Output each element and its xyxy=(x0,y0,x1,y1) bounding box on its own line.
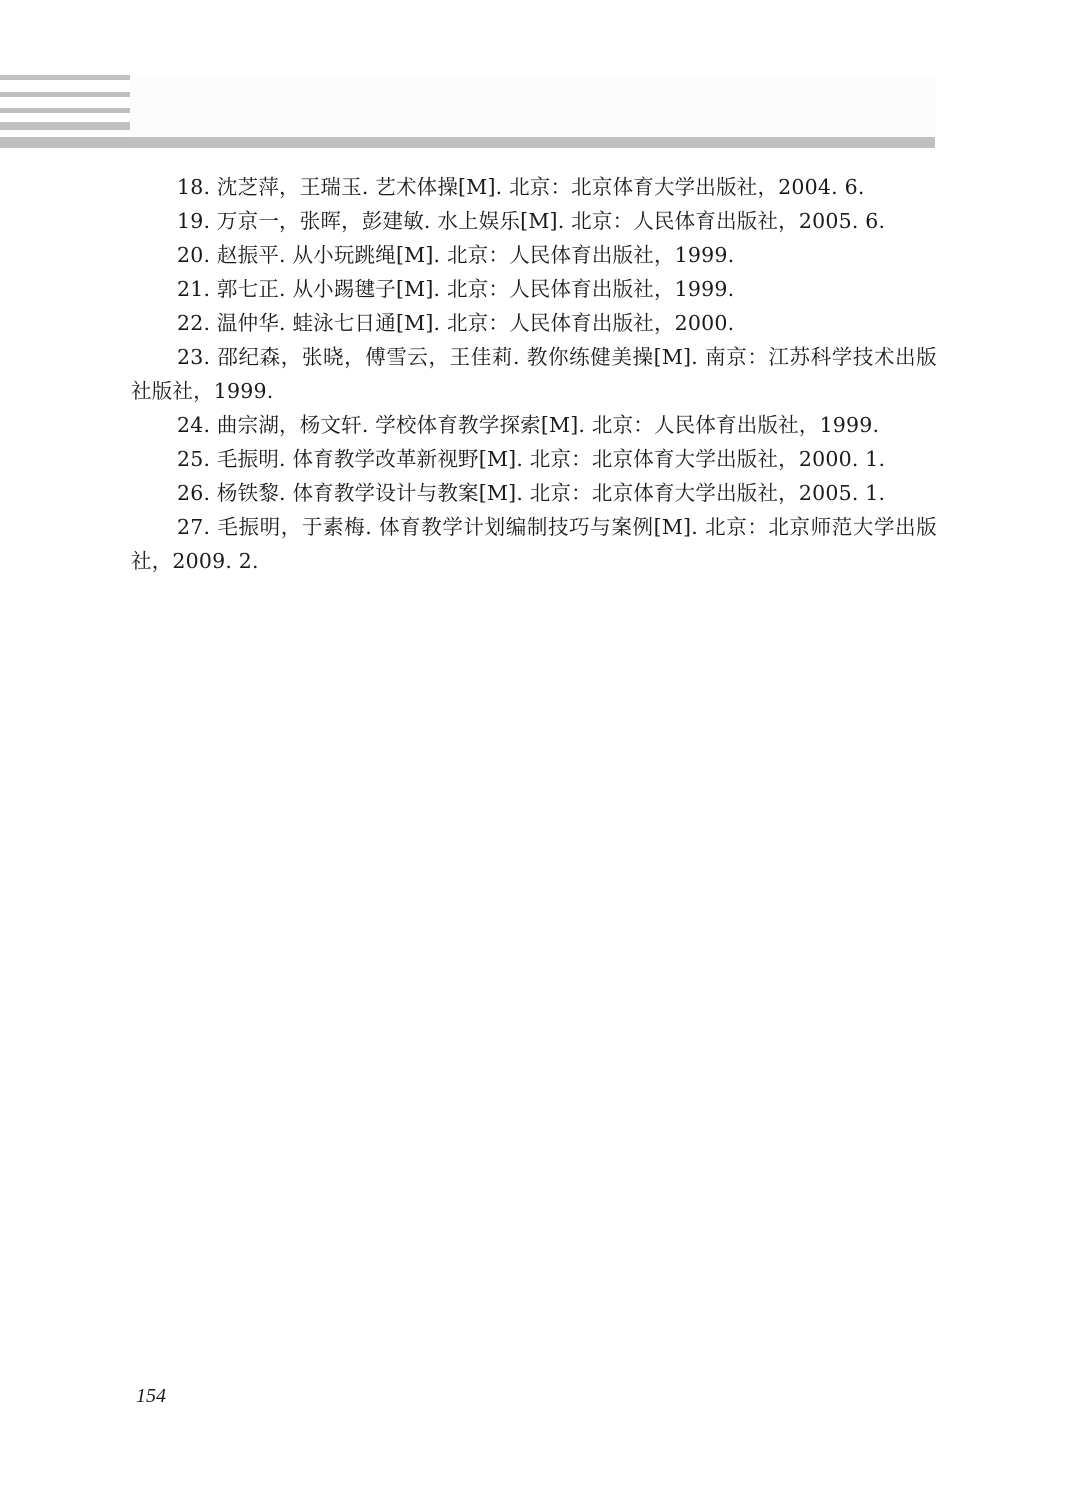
reference-item-24: 24. 曲宗湖，杨文轩. 学校体育教学探索[M]. 北京：人民体育出版社，199… xyxy=(131,408,937,442)
header-stripe xyxy=(0,108,130,113)
header-stripe xyxy=(0,122,130,130)
reference-list: 18. 沈芝萍，王瑞玉. 艺术体操[M]. 北京：北京体育大学出版社，2004.… xyxy=(131,170,937,578)
reference-item-22: 22. 温仲华. 蛙泳七日通[M]. 北京：人民体育出版社，2000. xyxy=(131,306,937,340)
reference-item-19: 19. 万京一，张晖，彭建敏. 水上娱乐[M]. 北京：人民体育出版社，2005… xyxy=(131,204,937,238)
page-number: 154 xyxy=(136,1385,166,1408)
reference-item-18: 18. 沈芝萍，王瑞玉. 艺术体操[M]. 北京：北京体育大学出版社，2004.… xyxy=(131,170,937,204)
reference-item-20: 20. 赵振平. 从小玩跳绳[M]. 北京：人民体育出版社，1999. xyxy=(131,238,937,272)
header-rule-bar xyxy=(0,137,935,148)
reference-item-26: 26. 杨铁黎. 体育教学设计与教案[M]. 北京：北京体育大学出版社，2005… xyxy=(131,476,937,510)
header-stripe xyxy=(0,92,130,97)
reference-item-27: 27. 毛振明，于素梅. 体育教学计划编制技巧与案例[M]. 北京：北京师范大学… xyxy=(131,510,937,578)
reference-item-25: 25. 毛振明. 体育教学改革新视野[M]. 北京：北京体育大学出版社，2000… xyxy=(131,442,937,476)
header-stripe xyxy=(0,75,130,80)
header-band xyxy=(130,75,935,137)
reference-item-21: 21. 郭七正. 从小踢毽子[M]. 北京：人民体育出版社，1999. xyxy=(131,272,937,306)
reference-item-23: 23. 邵纪森，张晓，傅雪云，王佳莉. 教你练健美操[M]. 南京：江苏科学技术… xyxy=(131,340,937,408)
